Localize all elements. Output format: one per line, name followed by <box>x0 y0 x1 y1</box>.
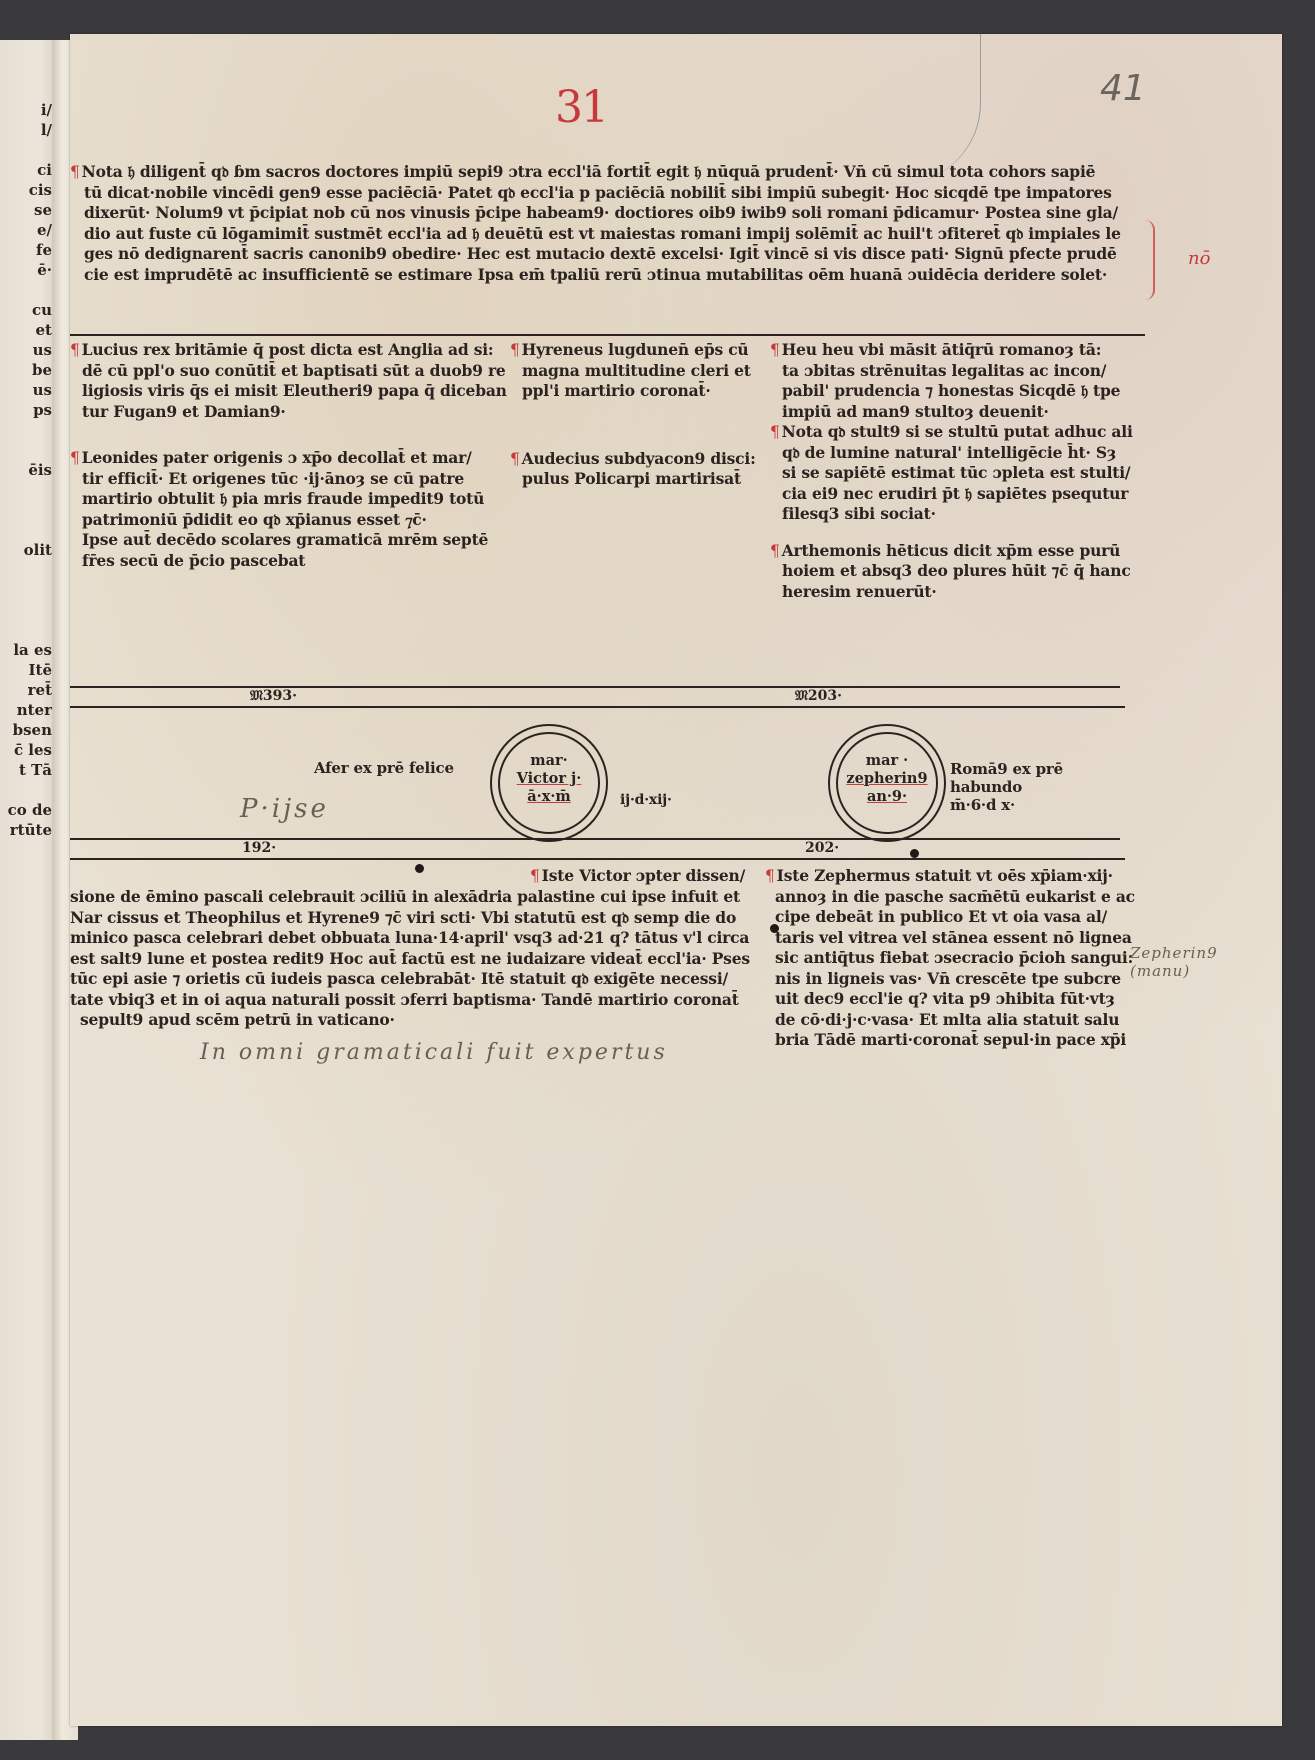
printed-folio-number: 31 <box>555 82 607 133</box>
pilcrow-icon: ¶ <box>70 341 80 359</box>
handwritten-margin-note: Zepherin9 (manu) <box>1130 944 1230 980</box>
top-paragraph: ¶Nota 𝔥 diligent̄ q𝔡 ɓm sacros doctores … <box>70 162 1145 285</box>
text-line: tū dicat·nobile vincēdi gen9 esse paciēc… <box>70 183 1145 204</box>
ink-dot <box>910 849 919 858</box>
pilcrow-icon: ¶ <box>510 450 520 468</box>
year-label: 𝔐203· <box>795 688 842 704</box>
pilcrow-icon: ¶ <box>70 449 80 467</box>
pilcrow-icon: ¶ <box>765 867 775 885</box>
timeline-rule-top <box>70 686 1120 688</box>
pope-origin-zepherinus: Romā9 ex prē habundo m̄·6·d x· <box>950 760 1063 814</box>
column-1: ¶Lucius rex britāmie q̄ post dicta est A… <box>70 340 510 571</box>
ink-dot <box>770 924 779 933</box>
pilcrow-icon: ¶ <box>510 341 520 359</box>
timeline-rule-bottom <box>70 838 1120 840</box>
entry-arthemonis: ¶Arthemonis hēticus dicit xp̄m esse purū… <box>770 541 1150 603</box>
text-line: ¶Nota 𝔥 diligent̄ q𝔡 ɓm sacros doctores … <box>70 162 1145 183</box>
pilcrow-icon: ¶ <box>70 163 80 181</box>
text-line: dixerūt· Nolum9 vt p̄cipiat nob cū nos v… <box>70 203 1145 224</box>
pope-origin-victor: Afer ex prē felice <box>314 758 454 779</box>
pilcrow-icon: ¶ <box>770 341 780 359</box>
text-line: ges nō dedignarent̄ sacris canonib9 obed… <box>70 244 1145 265</box>
entry-lucius: ¶Lucius rex britāmie q̄ post dicta est A… <box>70 340 510 422</box>
pope-reign-victor: ij·d·xij· <box>620 790 672 811</box>
column-2: ¶Hyreneus lugdunen̄ ep̄s cū magna multit… <box>510 340 765 490</box>
facing-page-text: i/ l/ ci cis se e/ fe ē· cu et us be us … <box>0 100 52 840</box>
pope-roundel-text: mar· Victor j· ā·x·m̄ <box>490 752 608 806</box>
ink-dot <box>415 864 424 873</box>
text-line: dio aut fuste cū lōgamimit̄ sustmēt eccl… <box>70 224 1145 245</box>
entry-hyreneus: ¶Hyreneus lugdunen̄ ep̄s cū magna multit… <box>510 340 765 402</box>
red-margin-mark: nō <box>1188 248 1210 269</box>
red-bracket-mark <box>1145 220 1155 300</box>
zepherinus-entry: ¶Iste Zephermus statuit vt oēs xp̄iam·xi… <box>765 866 1155 1051</box>
timeline-rule-bottom-2 <box>70 858 1125 860</box>
year-label: 202· <box>805 840 839 856</box>
book-page: 31 41 ¶Nota 𝔥 diligent̄ q𝔡 ɓm sacros doc… <box>70 34 1282 1726</box>
entry-nota-stultus: ¶Nota q𝔡 stult9 si se stultū putat adhuc… <box>770 422 1150 525</box>
handwritten-note: In omni gramaticali fuit expertus <box>200 1040 668 1065</box>
year-label: 192· <box>242 840 276 856</box>
entry-audecius: ¶Audecius subdyacon9 disci: pulus Polica… <box>510 449 765 490</box>
pilcrow-icon: ¶ <box>530 867 540 885</box>
facing-page-edge: i/ l/ ci cis se e/ fe ē· cu et us be us … <box>0 40 58 1740</box>
horizontal-rule <box>70 334 1145 336</box>
entry-leonides: ¶Leonides pater origenis ɔ xp̄o decollat… <box>70 448 510 571</box>
victor-entry-header: ¶Iste Victor ɔpter dissen/ <box>530 866 780 887</box>
pope-roundel-text: mar · zepherin9 an·9· <box>828 752 946 806</box>
column-3: ¶Heu heu vbi māsit ātiq̄rū romanoȝ tā: t… <box>770 340 1150 602</box>
victor-entry-body: sione de ēmino pascali celebrauit ɔciliū… <box>70 887 760 1031</box>
year-label: 𝔐393· <box>250 688 297 704</box>
timeline-rule-top-2 <box>70 706 1125 708</box>
pencil-folio-number: 41 <box>1100 68 1146 109</box>
pilcrow-icon: ¶ <box>770 423 780 441</box>
text-line: cie est imprudētē ac insufficientē se es… <box>70 265 1145 286</box>
entry-heu-heu: ¶Heu heu vbi māsit ātiq̄rū romanoȝ tā: t… <box>770 340 1150 422</box>
pilcrow-icon: ¶ <box>770 542 780 560</box>
handwritten-annotation: P·ijse <box>240 794 329 824</box>
